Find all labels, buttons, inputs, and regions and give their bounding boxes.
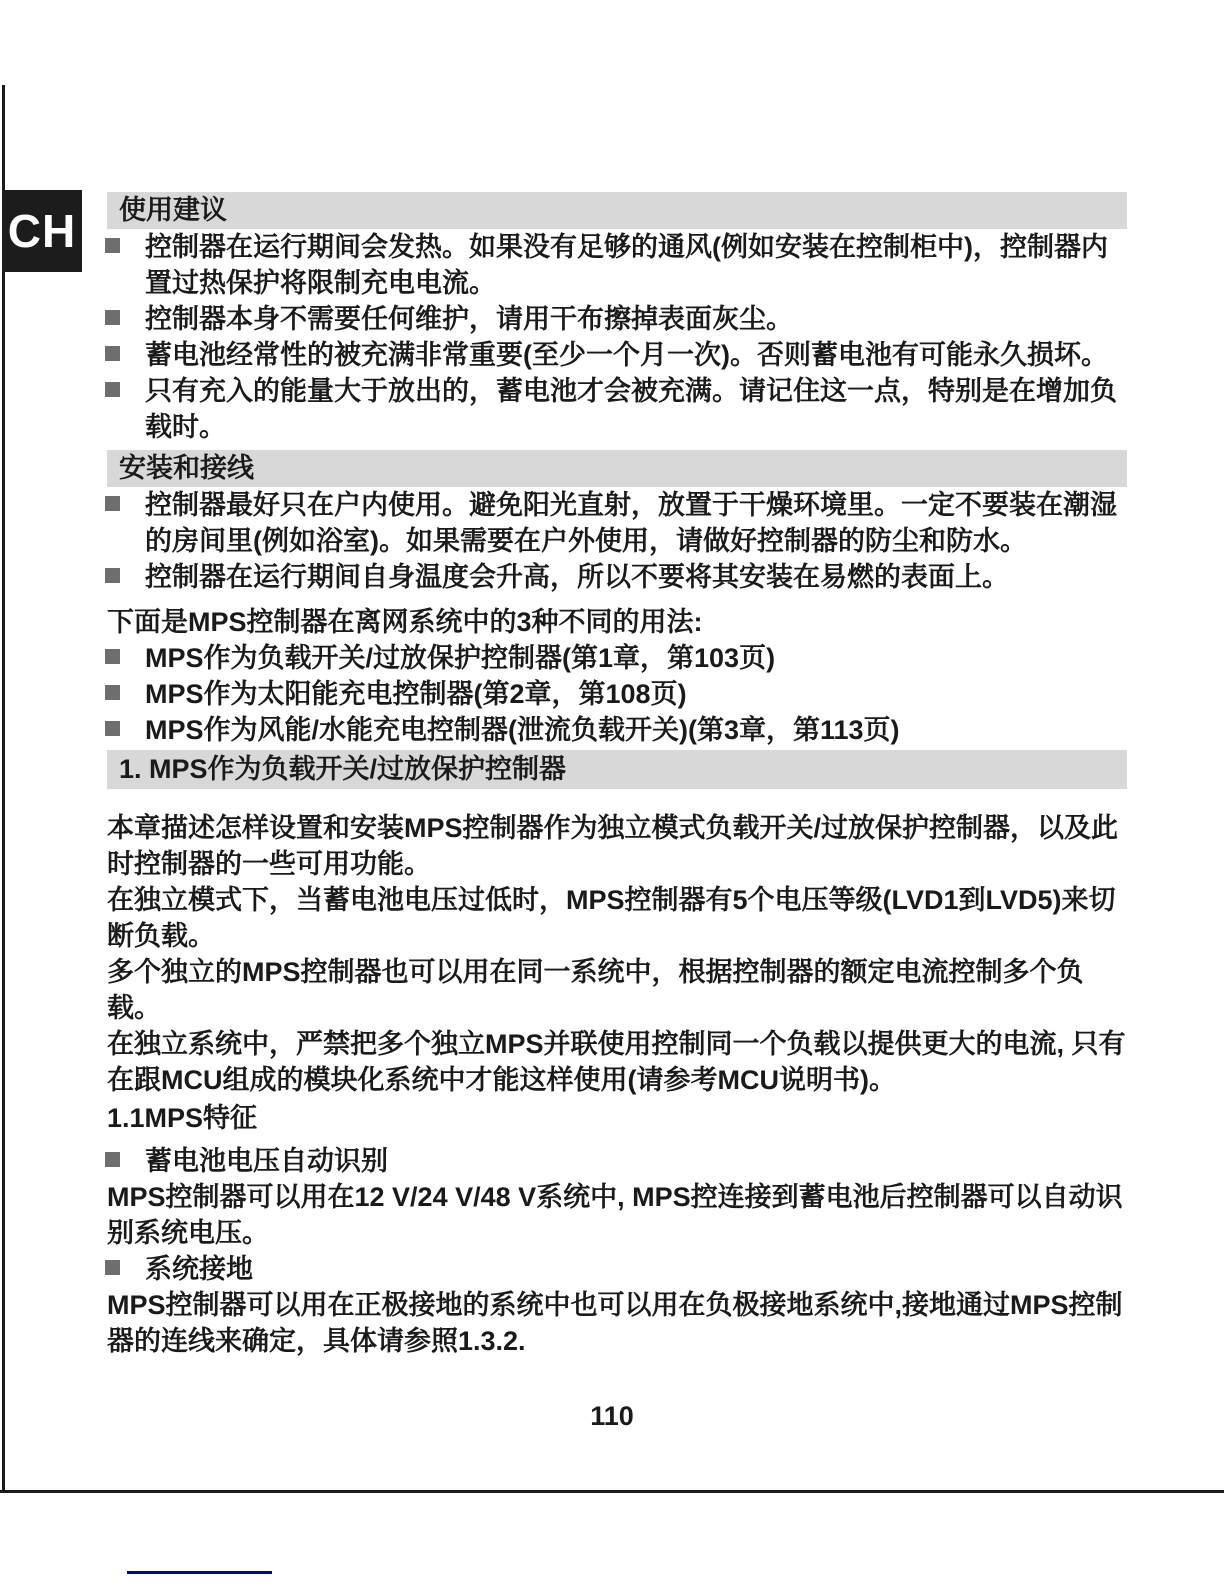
bullet-square-icon bbox=[105, 568, 120, 583]
bullet-square-icon bbox=[105, 382, 120, 397]
bullet-text: 只有充入的能量大于放出的，蓄电池才会被充满。请记住这一点，特别是在增加负载时。 bbox=[145, 376, 1117, 442]
section-header-chapter1: 1. MPS作为负载开关/过放保护控制器 bbox=[107, 750, 1127, 789]
manual-page: CH 使用建议 控制器在运行期间会发热。如果没有足够的通风(例如安装在控制柜中)… bbox=[0, 0, 1224, 1584]
bullet-text: 蓄电池经常性的被充满非常重要(至少一个月一次)。否则蓄电池有可能永久损坏。 bbox=[145, 340, 1108, 370]
bullet-item: 控制器最好只在户内使用。避免阳光直射，放置于干燥环境里。一定不要装在潮湿的房间里… bbox=[107, 487, 1127, 559]
bullet-item: 只有充入的能量大于放出的，蓄电池才会被充满。请记住这一点，特别是在增加负载时。 bbox=[107, 373, 1127, 445]
feature-text: MPS控制器可以用在正极接地的系统中也可以用在负极接地系统中,接地通过MPS控制… bbox=[107, 1287, 1127, 1359]
bullet-square-icon bbox=[105, 496, 120, 511]
bottom-border-line bbox=[0, 1490, 1224, 1493]
bullet-item: 蓄电池经常性的被充满非常重要(至少一个月一次)。否则蓄电池有可能永久损坏。 bbox=[107, 337, 1127, 373]
page-content: 使用建议 控制器在运行期间会发热。如果没有足够的通风(例如安装在控制柜中)，控制… bbox=[107, 192, 1127, 1359]
bullet-square-icon bbox=[105, 1260, 120, 1275]
paragraph: 多个独立的MPS控制器也可以用在同一系统中，根据控制器的额定电流控制多个负载。 bbox=[107, 954, 1127, 1026]
feature-label: 系统接地 bbox=[145, 1254, 253, 1284]
usage-modes-intro: 下面是MPS控制器在离网系统中的3种不同的用法: bbox=[107, 604, 1127, 640]
bullet-text: 控制器在运行期间自身温度会升高，所以不要将其安装在易燃的表面上。 bbox=[145, 562, 1009, 592]
bullet-text: 控制器最好只在户内使用。避免阳光直射，放置于干燥环境里。一定不要装在潮湿的房间里… bbox=[145, 490, 1117, 556]
bullet-item: 控制器在运行期间会发热。如果没有足够的通风(例如安装在控制柜中)，控制器内置过热… bbox=[107, 229, 1127, 301]
paragraph: 在独立系统中，严禁把多个独立MPS并联使用控制同一个负载以提供更大的电流, 只有… bbox=[107, 1026, 1127, 1098]
installation-bullet-list: 控制器最好只在户内使用。避免阳光直射，放置于干燥环境里。一定不要装在潮湿的房间里… bbox=[107, 487, 1127, 595]
bullet-text: 控制器本身不需要任何维护，请用干布擦掉表面灰尘。 bbox=[145, 304, 793, 334]
features-heading: 1.1MPS特征 bbox=[107, 1100, 1127, 1136]
bullet-square-icon bbox=[105, 649, 120, 664]
bullet-square-icon bbox=[105, 721, 120, 736]
bullet-square-icon bbox=[105, 346, 120, 361]
bullet-text: MPS作为太阳能充电控制器(第2章，第108页) bbox=[145, 679, 687, 709]
feature-label: 蓄电池电压自动识别 bbox=[145, 1146, 388, 1176]
feature-text: MPS控制器可以用在12 V/24 V/48 V系统中, MPS控连接到蓄电池后… bbox=[107, 1179, 1127, 1251]
bullet-text: MPS作为负载开关/过放保护控制器(第1章，第103页) bbox=[145, 643, 775, 673]
section-header-installation: 安装和接线 bbox=[107, 450, 1127, 487]
bullet-text: MPS作为风能/水能充电控制器(泄流负载开关)(第3章，第113页) bbox=[145, 715, 900, 745]
left-border-line bbox=[2, 85, 5, 1492]
paragraph: 本章描述怎样设置和安装MPS控制器作为独立模式负载开关/过放保护控制器，以及此时… bbox=[107, 810, 1127, 882]
bullet-item: 控制器在运行期间自身温度会升高，所以不要将其安装在易燃的表面上。 bbox=[107, 559, 1127, 595]
feature-label-row: 系统接地 bbox=[107, 1251, 1127, 1287]
section-header-usage: 使用建议 bbox=[107, 192, 1127, 229]
paragraph: 在独立模式下，当蓄电池电压过低时，MPS控制器有5个电压等级(LVD1到LVD5… bbox=[107, 882, 1127, 954]
page-number: 110 bbox=[0, 1401, 1224, 1432]
bullet-square-icon bbox=[105, 238, 120, 253]
bullet-item: MPS作为风能/水能充电控制器(泄流负载开关)(第3章，第113页) bbox=[107, 712, 1127, 748]
bullet-square-icon bbox=[105, 1152, 120, 1167]
bullet-item: MPS作为负载开关/过放保护控制器(第1章，第103页) bbox=[107, 640, 1127, 676]
bullet-square-icon bbox=[105, 685, 120, 700]
bullet-item: 控制器本身不需要任何维护，请用干布擦掉表面灰尘。 bbox=[107, 301, 1127, 337]
chapter1-paragraphs: 本章描述怎样设置和安装MPS控制器作为独立模式负载开关/过放保护控制器，以及此时… bbox=[107, 810, 1127, 1098]
bullet-text: 控制器在运行期间会发热。如果没有足够的通风(例如安装在控制柜中)，控制器内置过热… bbox=[145, 232, 1108, 298]
features-list: 蓄电池电压自动识别 MPS控制器可以用在12 V/24 V/48 V系统中, M… bbox=[107, 1143, 1127, 1359]
feature-label-row: 蓄电池电压自动识别 bbox=[107, 1143, 1127, 1179]
bullet-square-icon bbox=[105, 310, 120, 325]
language-tab-label: CH bbox=[8, 204, 76, 258]
bullet-item: MPS作为太阳能充电控制器(第2章，第108页) bbox=[107, 676, 1127, 712]
language-tab: CH bbox=[2, 190, 82, 272]
footer-underline bbox=[127, 1571, 272, 1574]
usage-modes-list: MPS作为负载开关/过放保护控制器(第1章，第103页) MPS作为太阳能充电控… bbox=[107, 640, 1127, 748]
usage-bullet-list: 控制器在运行期间会发热。如果没有足够的通风(例如安装在控制柜中)，控制器内置过热… bbox=[107, 229, 1127, 445]
